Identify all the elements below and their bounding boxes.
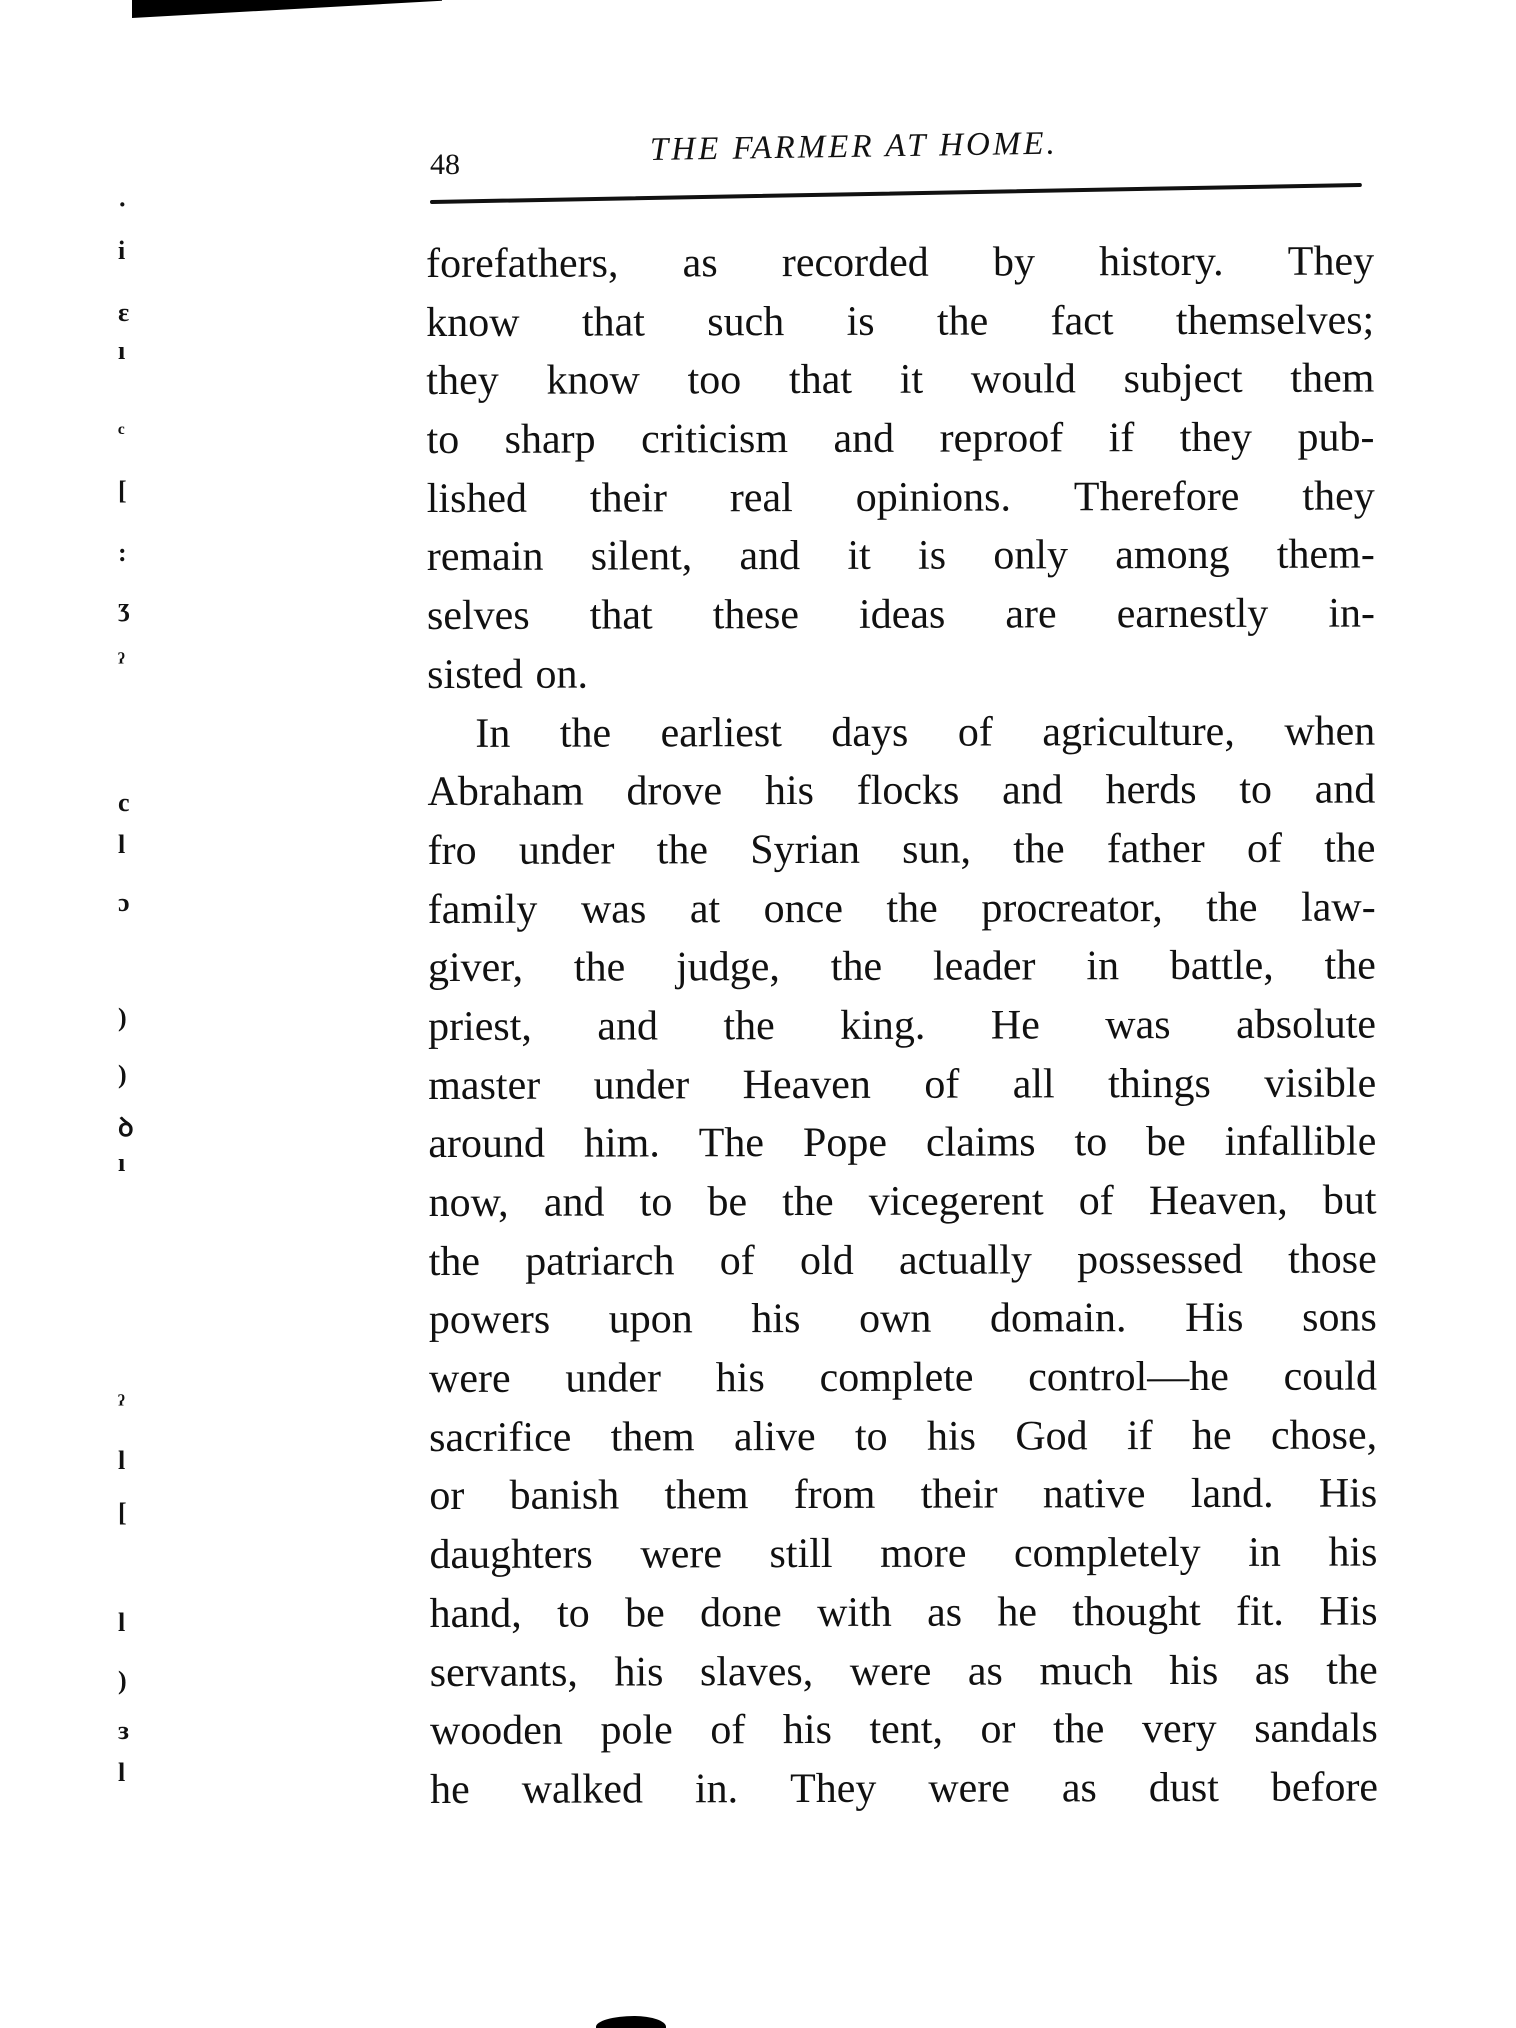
word: to — [1239, 761, 1272, 820]
word: as — [683, 234, 718, 293]
word: control—he — [1028, 1348, 1229, 1407]
word: them- — [1277, 526, 1375, 585]
text-line: aroundhim.ThePopeclaimstobeinfallible — [428, 1113, 1376, 1174]
word: completely — [1014, 1524, 1201, 1583]
word: fact — [1051, 292, 1114, 351]
text-line: thepatriarchofoldactuallypossessedthose — [429, 1230, 1377, 1291]
word: his — [614, 1643, 663, 1702]
text-line: knowthatsuchisthefactthemselves; — [426, 291, 1374, 352]
text-line: daughterswerestillmorecompletelyinhis — [429, 1524, 1377, 1585]
word: they — [1180, 409, 1252, 468]
word: opinions. — [856, 468, 1011, 527]
word: his — [765, 762, 814, 821]
word: that — [789, 351, 852, 410]
word: on. — [535, 645, 588, 704]
word: know — [546, 352, 639, 411]
word: judge, — [676, 938, 780, 997]
word: remain — [427, 528, 544, 587]
bleed-mark: l — [118, 832, 125, 858]
word: now, — [428, 1174, 508, 1233]
word: selves — [427, 587, 530, 646]
word: walked — [522, 1760, 643, 1819]
text-line: now,andtobethevicegerentofHeaven,but — [428, 1172, 1376, 1233]
word: king. — [840, 997, 925, 1056]
word: were — [640, 1525, 722, 1584]
word: ideas — [859, 586, 945, 645]
text-line: theyknowtoothatitwouldsubjectthem — [426, 350, 1374, 411]
word: old — [800, 1232, 854, 1291]
word: to — [855, 1408, 888, 1467]
word: the — [723, 997, 774, 1056]
bleed-mark: ) — [118, 1668, 127, 1694]
text-line: wereunderhiscompletecontrol—hecould — [429, 1348, 1377, 1409]
word: Therefore — [1074, 468, 1240, 527]
word: sun, — [902, 820, 971, 879]
bleed-mark: c — [118, 790, 130, 816]
word: done — [700, 1584, 782, 1643]
text-line: servants,hisslaves,wereasmuchhisasthe — [430, 1641, 1378, 1702]
word: be — [1146, 1113, 1186, 1172]
word: all — [1013, 1055, 1055, 1114]
bleed-mark: ɛ — [118, 300, 129, 326]
word: the — [831, 938, 882, 997]
text-line: hewalkedin.Theywereasdustbefore — [430, 1758, 1378, 1819]
word: infallible — [1225, 1113, 1377, 1172]
word: it — [900, 351, 923, 410]
word: claims — [926, 1114, 1036, 1173]
word: was — [1105, 996, 1170, 1055]
bleed-mark: ɜ — [118, 1718, 129, 1744]
word: to — [426, 411, 459, 470]
bleed-mark: l — [118, 1448, 125, 1474]
word: before — [1271, 1758, 1378, 1817]
word: daughters — [429, 1526, 592, 1585]
word: still — [769, 1525, 832, 1584]
word: In — [475, 704, 510, 763]
text-line: familywasatoncetheprocreator,thelaw- — [428, 878, 1376, 939]
word: his — [716, 1349, 765, 1408]
word: they — [1302, 467, 1374, 526]
word: sandals — [1254, 1700, 1378, 1759]
bleed-mark: ) — [118, 1062, 127, 1088]
word: to — [640, 1173, 673, 1232]
text-line: sacrificethemalivetohisGodifhechose, — [429, 1406, 1377, 1467]
bleed-mark: l — [118, 1760, 125, 1786]
word: be — [707, 1173, 747, 1232]
bleed-mark: ı — [118, 1150, 125, 1176]
bleed-mark: ʒ — [118, 595, 130, 621]
word: pub- — [1297, 409, 1374, 468]
word: dust — [1149, 1759, 1219, 1818]
word: in — [1086, 937, 1119, 996]
word: servants, — [430, 1643, 578, 1702]
word: sharp — [505, 411, 596, 470]
word: leader — [933, 938, 1036, 997]
word: the — [1053, 1700, 1104, 1759]
word: only — [993, 527, 1068, 586]
word: earliest — [661, 704, 782, 763]
word: native — [1043, 1466, 1146, 1525]
word: fro — [428, 822, 477, 881]
bleed-mark: i — [118, 238, 125, 264]
word: that — [582, 293, 645, 352]
word: too — [687, 352, 741, 411]
word: his — [1169, 1641, 1218, 1700]
word: agriculture, — [1042, 702, 1235, 761]
word: and — [1002, 762, 1063, 821]
word: much — [1039, 1642, 1132, 1701]
word: be — [625, 1584, 665, 1643]
word: absolute — [1236, 995, 1376, 1054]
word: flocks — [857, 762, 960, 821]
word: his — [927, 1407, 976, 1466]
bleed-mark: ꝺ — [118, 1115, 134, 1141]
word: could — [1284, 1348, 1377, 1407]
word: tent, — [869, 1701, 943, 1760]
word: earnestly — [1117, 585, 1269, 644]
text-line: orbanishthemfromtheirnativeland.His — [429, 1465, 1377, 1526]
word: is — [847, 293, 875, 352]
word: pole — [600, 1702, 672, 1761]
word: under — [565, 1349, 661, 1408]
text-line: tosharpcriticismandreproofiftheypub- — [426, 409, 1374, 470]
word: that — [590, 587, 653, 646]
text-line: remainsilent,anditisonlyamongthem- — [427, 526, 1375, 587]
bleed-mark: [ — [118, 478, 127, 504]
word: Heaven — [743, 1055, 871, 1114]
word: patriarch — [525, 1232, 674, 1291]
word: His — [1319, 1465, 1378, 1524]
word: it — [847, 527, 870, 586]
word: among — [1115, 526, 1229, 585]
word: of — [720, 1232, 755, 1291]
word: the — [1206, 878, 1257, 937]
word: and — [739, 527, 800, 586]
paragraph-1: forefathers,asrecordedbyhistory.They kno… — [426, 233, 1375, 705]
word: to — [1074, 1114, 1107, 1173]
word: if — [1127, 1407, 1153, 1466]
word: Pope — [803, 1114, 887, 1173]
bleed-mark: ˀ — [118, 650, 125, 676]
word: banish — [509, 1467, 619, 1526]
word: silent, — [591, 528, 693, 587]
word: drove — [626, 762, 722, 821]
word: subject — [1124, 350, 1243, 409]
word: the — [1013, 820, 1064, 879]
word: God — [1015, 1407, 1087, 1466]
word: by — [993, 233, 1035, 292]
word: He — [991, 996, 1040, 1055]
bleed-mark: [ — [118, 1500, 127, 1526]
word: sisted — [427, 646, 523, 705]
text-line: hand,tobedonewithashethoughtfit.His — [430, 1582, 1378, 1643]
word: at — [690, 880, 720, 939]
running-head: THE FARMER AT HOME. — [650, 128, 1058, 167]
word: his — [1328, 1524, 1377, 1583]
word: them — [1290, 350, 1374, 409]
word: lished — [427, 469, 527, 528]
word: them — [664, 1467, 748, 1526]
word: as — [1255, 1641, 1290, 1700]
word: the — [657, 821, 708, 880]
word: of — [1247, 820, 1282, 879]
text-line: sistedon. — [427, 643, 1375, 704]
word: They — [790, 1760, 876, 1819]
word: the — [1324, 819, 1375, 878]
word: the — [574, 939, 625, 998]
word: was — [581, 880, 646, 939]
word: Heaven, — [1149, 1172, 1288, 1231]
text-line: Abrahamdrovehisflocksandherdstoand — [427, 761, 1375, 822]
word: priest, — [428, 998, 532, 1057]
page-number: 48 — [430, 150, 460, 180]
word: things — [1108, 1055, 1211, 1114]
word: thought — [1072, 1583, 1200, 1642]
word: actually — [899, 1231, 1032, 1290]
word: reproof — [939, 409, 1063, 468]
scan-edge-shadow — [132, 0, 442, 18]
word: battle, — [1170, 937, 1274, 996]
word: themselves; — [1176, 291, 1374, 350]
word: giver, — [428, 939, 523, 998]
word: real — [730, 469, 793, 528]
word: very — [1142, 1700, 1217, 1759]
word: the — [886, 879, 937, 938]
paragraph-2: Intheearliestdaysofagriculture,when Abra… — [427, 702, 1378, 1820]
word: recorded — [782, 234, 929, 293]
word: and — [1315, 761, 1376, 820]
word: if — [1109, 409, 1135, 468]
word: forefathers, — [426, 234, 619, 293]
word: such — [707, 293, 784, 352]
facing-page-bleed-marks: ·iɛıᶜ[:ʒˀclɔ))ꝺıˀl[l)ɜl — [118, 0, 148, 2028]
word: family — [428, 880, 538, 939]
bleed-mark: ) — [118, 1005, 127, 1031]
word: are — [1005, 585, 1056, 644]
text-line: selvesthattheseideasareearnestlyin- — [427, 585, 1375, 646]
word: he — [1192, 1407, 1232, 1466]
word: own — [859, 1290, 931, 1349]
word: the — [560, 704, 611, 763]
word: His — [1185, 1289, 1244, 1348]
word: from — [794, 1466, 876, 1525]
word: history. — [1099, 233, 1224, 292]
word: They — [1288, 233, 1374, 292]
word: them — [611, 1408, 695, 1467]
word: chose, — [1271, 1406, 1377, 1465]
word: powers — [429, 1291, 550, 1350]
word: his — [751, 1290, 800, 1349]
word: these — [713, 586, 799, 645]
word: and — [544, 1174, 605, 1233]
word: fit. — [1236, 1583, 1284, 1642]
word: and — [597, 997, 658, 1056]
word: complete — [819, 1349, 973, 1408]
bleed-mark: : — [118, 540, 127, 566]
word: their — [921, 1466, 998, 1525]
word: master — [428, 1056, 540, 1115]
word: herds — [1105, 761, 1196, 820]
word: but — [1323, 1172, 1377, 1231]
word: father — [1107, 820, 1205, 879]
word: were — [928, 1759, 1010, 1818]
word: the — [1324, 937, 1375, 996]
word: in — [1248, 1524, 1281, 1583]
word: slaves, — [700, 1642, 813, 1701]
word: The — [699, 1114, 764, 1173]
text-line: froundertheSyriansun,thefatherofthe — [428, 819, 1376, 880]
word: or — [980, 1701, 1015, 1760]
word: wooden — [430, 1702, 563, 1761]
word: days — [831, 703, 908, 762]
word: procreator, — [981, 879, 1163, 938]
word: were — [850, 1642, 932, 1701]
text-line: Intheearliestdaysofagriculture,when — [427, 702, 1375, 763]
word: upon — [609, 1291, 693, 1350]
text-line: lishedtheirrealopinions.Thereforethey — [427, 467, 1375, 528]
text-line: masterunderHeavenofallthingsvisible — [428, 1054, 1376, 1115]
text-line: priest,andtheking.Hewasabsolute — [428, 995, 1376, 1056]
text-line: powersuponhisowndomain.Hissons — [429, 1289, 1377, 1350]
word: His — [1319, 1582, 1378, 1641]
bleed-mark: ɔ — [118, 890, 130, 916]
word: he — [997, 1583, 1037, 1642]
word: Syrian — [750, 821, 860, 880]
header-rule — [430, 183, 1362, 204]
word: in- — [1328, 585, 1375, 644]
word: of — [924, 1055, 959, 1114]
word: alive — [734, 1408, 816, 1467]
text-line: woodenpoleofhistent,ortheverysandals — [430, 1700, 1378, 1761]
text-line: forefathers,asrecordedbyhistory.They — [426, 233, 1374, 294]
word: around — [428, 1115, 545, 1174]
word: once — [764, 879, 843, 938]
word: as — [927, 1583, 962, 1642]
word: his — [783, 1701, 832, 1760]
word: were — [429, 1350, 511, 1409]
word: when — [1284, 702, 1375, 761]
word: as — [968, 1642, 1003, 1701]
bleed-mark: ˀ — [118, 1392, 125, 1418]
word: possessed — [1077, 1231, 1243, 1290]
word: of — [958, 703, 993, 762]
word: of — [1079, 1172, 1114, 1231]
word: those — [1288, 1230, 1377, 1289]
text-line: giver,thejudge,theleaderinbattle,the — [428, 937, 1376, 998]
bleed-mark: ᶜ — [118, 420, 125, 446]
word: the — [429, 1233, 480, 1292]
word: know — [426, 293, 519, 352]
word: criticism — [641, 410, 788, 469]
bleed-mark: · — [118, 192, 127, 218]
word: under — [594, 1056, 690, 1115]
word: their — [590, 469, 667, 528]
word: under — [519, 821, 615, 880]
word: is — [918, 527, 946, 586]
word: with — [817, 1584, 892, 1643]
word: the — [782, 1173, 833, 1232]
word: hand, — [430, 1585, 522, 1644]
word: as — [1062, 1759, 1097, 1818]
word: they — [426, 352, 498, 411]
word: to — [557, 1584, 590, 1643]
word: visible — [1264, 1054, 1376, 1113]
word: law- — [1301, 878, 1376, 937]
word: in. — [695, 1760, 738, 1819]
word: he — [430, 1761, 470, 1820]
word: land. — [1191, 1465, 1274, 1524]
body-text: forefathers,asrecordedbyhistory.They kno… — [426, 233, 1378, 1820]
word: sacrifice — [429, 1408, 571, 1467]
word: the — [1326, 1641, 1377, 1700]
word: him. — [584, 1115, 660, 1174]
scan-smudge-mark — [596, 2016, 666, 2028]
word: the — [937, 292, 988, 351]
word: and — [833, 410, 894, 469]
word: of — [710, 1701, 745, 1760]
word: vicegerent — [869, 1172, 1044, 1231]
word: or — [429, 1467, 464, 1526]
word: sons — [1302, 1289, 1377, 1348]
word: domain. — [990, 1290, 1127, 1349]
word: more — [880, 1525, 966, 1584]
word: would — [971, 351, 1076, 410]
bleed-mark: l — [118, 1610, 125, 1636]
word: Abraham — [427, 763, 583, 822]
bleed-mark: ı — [118, 338, 125, 364]
